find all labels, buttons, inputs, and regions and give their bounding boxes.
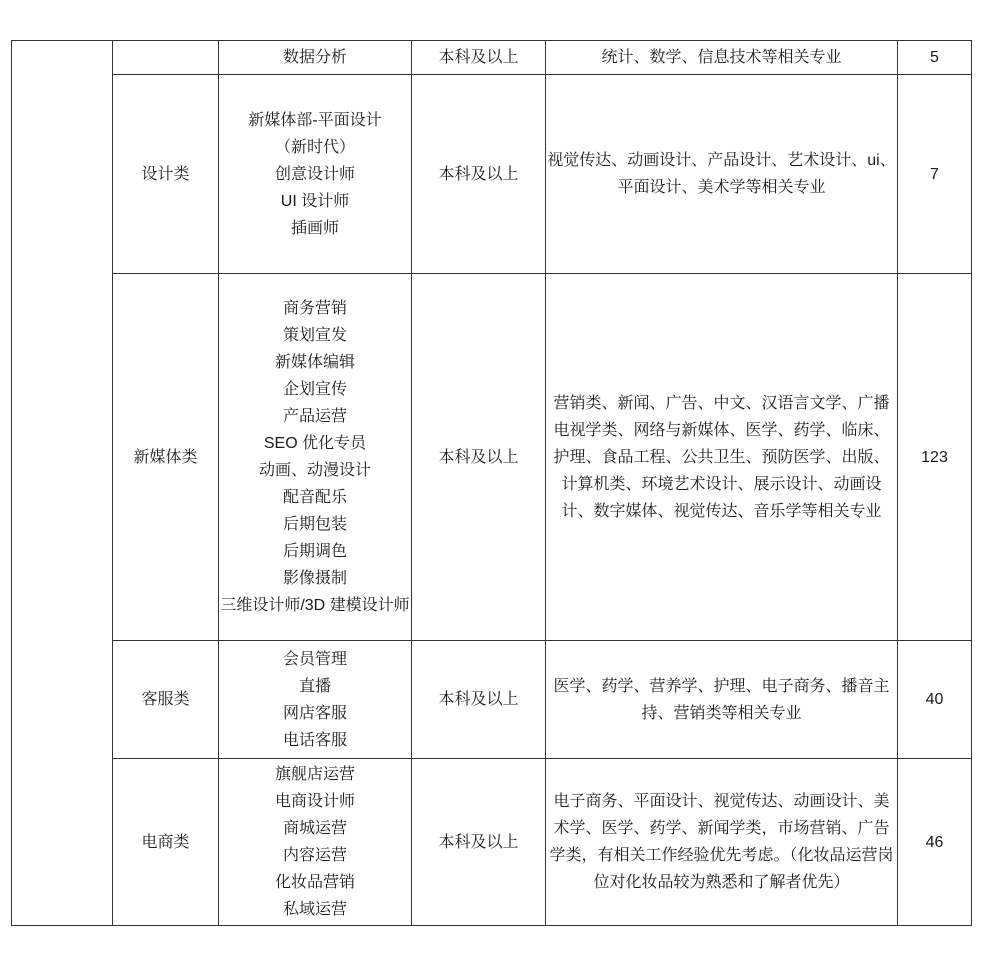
majors-cell: 统计、数学、信息技术等相关专业 <box>546 41 898 75</box>
empty-merged-cell <box>12 41 113 926</box>
category-cell: 客服类 <box>113 641 219 759</box>
majors-cell: 医学、药学、营养学、护理、电子商务、播音主持、营销类等相关专业 <box>546 641 898 759</box>
document-page: 数据分析 本科及以上 统计、数学、信息技术等相关专业 5 设计类 新媒体部-平面… <box>0 0 989 957</box>
table-row: 电商类 旗舰店运营 电商设计师 商城运营 内容运营 化妆品营销 私域运营 本科及… <box>12 759 972 926</box>
positions-cell: 数据分析 <box>219 41 412 75</box>
majors-cell: 视觉传达、动画设计、产品设计、艺术设计、ui、平面设计、美术学等相关专业 <box>546 75 898 274</box>
category-cell: 设计类 <box>113 75 219 274</box>
education-cell: 本科及以上 <box>412 41 546 75</box>
count-cell: 40 <box>898 641 972 759</box>
count-cell: 7 <box>898 75 972 274</box>
count-cell: 5 <box>898 41 972 75</box>
education-cell: 本科及以上 <box>412 641 546 759</box>
category-cell <box>113 41 219 75</box>
positions-cell: 会员管理 直播 网店客服 电话客服 <box>219 641 412 759</box>
table-row: 新媒体类 商务营销 策划宣发 新媒体编辑 企划宣传 产品运营 SEO 优化专员 … <box>12 274 972 641</box>
majors-cell: 电子商务、平面设计、视觉传达、动画设计、美术学、医学、药学、新闻学类，市场营销、… <box>546 759 898 926</box>
count-cell: 46 <box>898 759 972 926</box>
education-cell: 本科及以上 <box>412 274 546 641</box>
positions-cell: 旗舰店运营 电商设计师 商城运营 内容运营 化妆品营销 私域运营 <box>219 759 412 926</box>
positions-cell: 新媒体部-平面设计 （新时代） 创意设计师 UI 设计师 插画师 <box>219 75 412 274</box>
positions-cell: 商务营销 策划宣发 新媒体编辑 企划宣传 产品运营 SEO 优化专员 动画、动漫… <box>219 274 412 641</box>
table-row: 数据分析 本科及以上 统计、数学、信息技术等相关专业 5 <box>12 41 972 75</box>
table-row: 客服类 会员管理 直播 网店客服 电话客服 本科及以上 医学、药学、营养学、护理… <box>12 641 972 759</box>
category-cell: 电商类 <box>113 759 219 926</box>
majors-cell: 营销类、新闻、广告、中文、汉语言文学、广播电视学类、网络与新媒体、医学、药学、临… <box>546 274 898 641</box>
recruitment-table: 数据分析 本科及以上 统计、数学、信息技术等相关专业 5 设计类 新媒体部-平面… <box>11 40 972 926</box>
education-cell: 本科及以上 <box>412 75 546 274</box>
education-cell: 本科及以上 <box>412 759 546 926</box>
table-row: 设计类 新媒体部-平面设计 （新时代） 创意设计师 UI 设计师 插画师 本科及… <box>12 75 972 274</box>
count-cell: 123 <box>898 274 972 641</box>
category-cell: 新媒体类 <box>113 274 219 641</box>
